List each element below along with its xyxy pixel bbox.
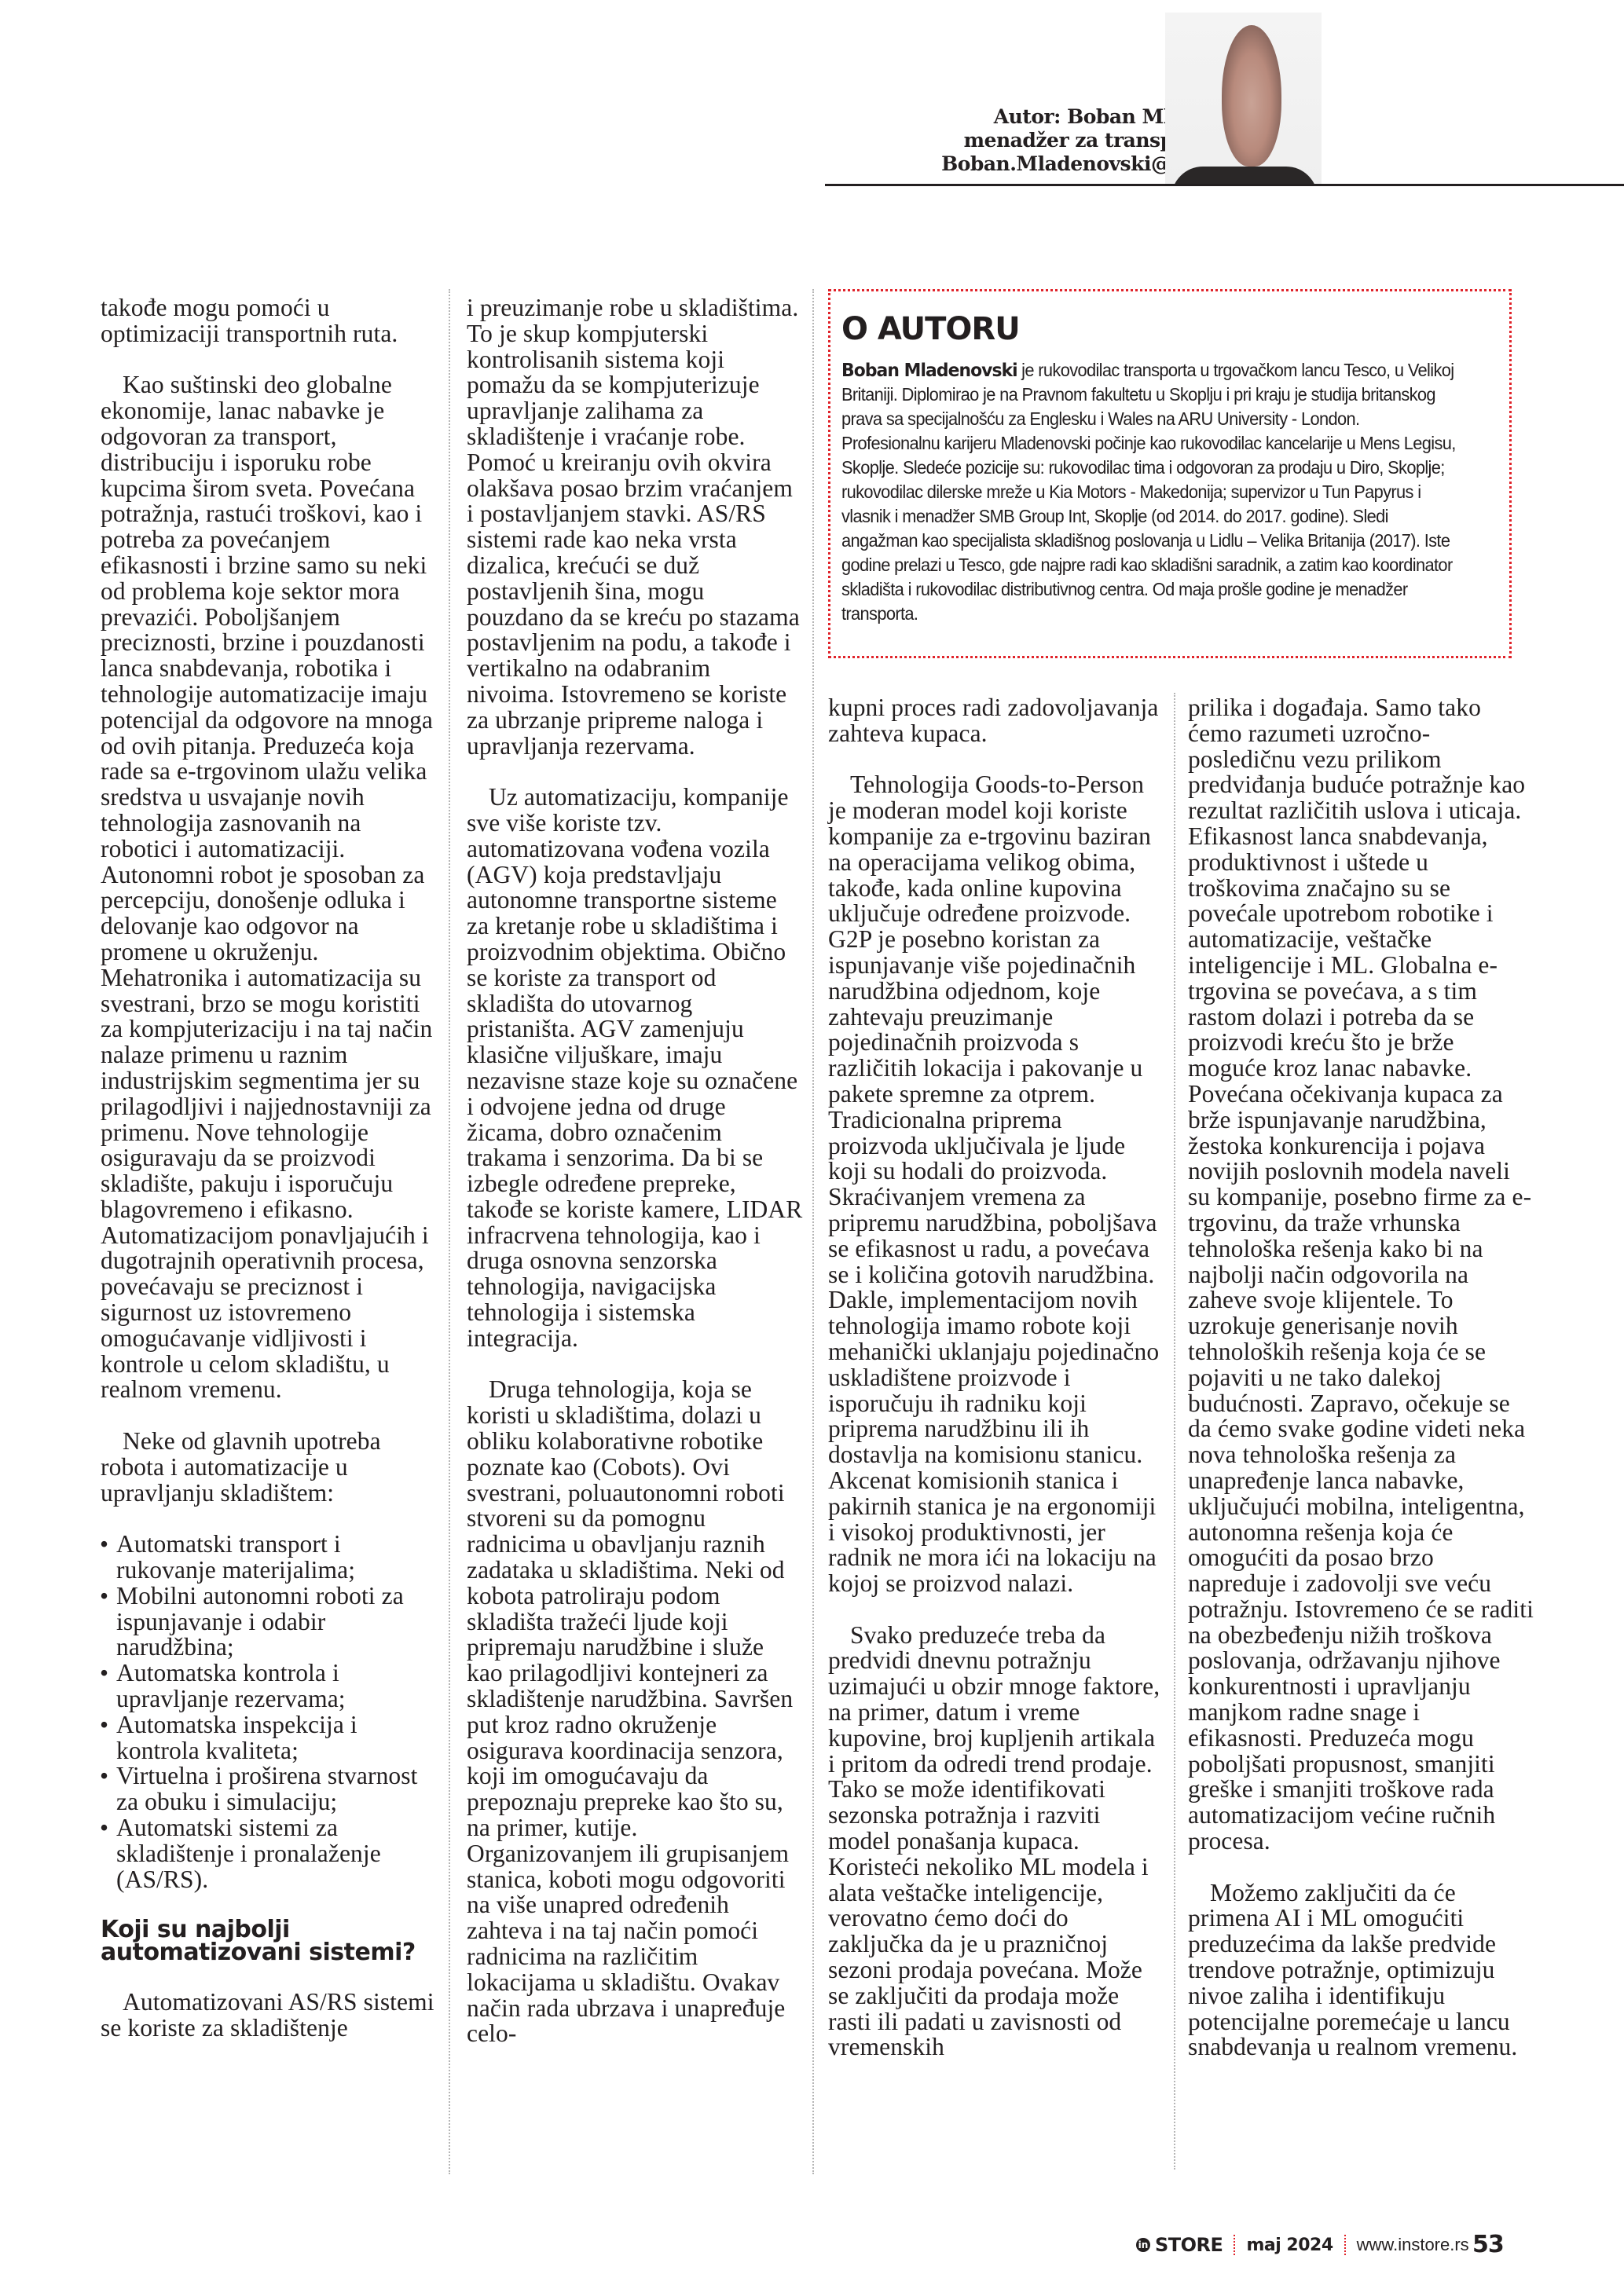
- issue-date: maj 2024: [1246, 2236, 1333, 2255]
- paragraph: takođe mogu pomoći u optimizaciji transp…: [101, 295, 438, 347]
- about-author-text: Boban Mladenovski je rukovodilac transpo…: [841, 358, 1459, 626]
- list-item: Mobilni autonomni roboti za ispunjavanje…: [101, 1584, 438, 1661]
- about-author-box: O AUTORU Boban Mladenovski je rukovodila…: [828, 289, 1512, 658]
- about-author-bio: je rukovodilac transporta u trgovačkom l…: [841, 360, 1456, 624]
- instore-logo-icon: in: [1136, 2238, 1150, 2252]
- page-number: 53: [1472, 2229, 1504, 2261]
- header-rule: [825, 184, 1624, 186]
- article-column-4: prilika i događaja. Samo tako ćemo razum…: [1188, 695, 1534, 2060]
- page-footer: in STORE maj 2024 www.instore.rs: [1136, 2229, 1469, 2261]
- column-separator: [1174, 693, 1175, 2170]
- about-author-title: O AUTORU: [841, 312, 1020, 346]
- magazine-brand: STORE: [1155, 2234, 1223, 2256]
- paragraph: Tehnologija Goods-to-Person je moderan m…: [828, 772, 1166, 1597]
- list-item: Virtuelna i proširena stvarnost za obuku…: [101, 1763, 438, 1815]
- paragraph: Možemo zaključiti da će primena AI i ML …: [1188, 1880, 1534, 2061]
- portrait-shoulders-shape: [1171, 167, 1318, 184]
- list-item: Automatski transport i rukovanje materij…: [101, 1532, 438, 1584]
- paragraph: Uz automatizaciju, kompanije sve više ko…: [467, 785, 805, 1352]
- column-separator: [449, 289, 450, 2174]
- magazine-page: Autor: Boban Mladenovski menadžer za tra…: [0, 0, 1624, 2296]
- portrait-face-shape: [1222, 25, 1281, 167]
- paragraph: i preuzimanje robe u skladištima. To je …: [467, 295, 805, 759]
- about-author-name: Boban Mladenovski: [841, 359, 1017, 381]
- paragraph: kupni proces radi zadovoljavanja zahteva…: [828, 695, 1166, 747]
- paragraph: prilika i događaja. Samo tako ćemo razum…: [1188, 695, 1534, 1855]
- paragraph: Druga tehnologija, koja se koristi u skl…: [467, 1377, 805, 2047]
- section-subheading: Koji su najbolji automatizovani sistemi?: [101, 1918, 438, 1964]
- column-separator: [812, 289, 814, 2174]
- paragraph: Svako preduzeće treba da predvidi dnevnu…: [828, 1623, 1166, 2061]
- list-item: Automatska kontrola i upravljanje rezerv…: [101, 1661, 438, 1712]
- article-column-3: kupni proces radi zadovoljavanja zahteva…: [828, 695, 1166, 2060]
- list-item: Automatska inspekcija i kontrola kvalite…: [101, 1712, 438, 1764]
- paragraph: Kao suštinski deo globalne ekonomije, la…: [101, 372, 438, 1403]
- author-portrait-photo: [1165, 13, 1322, 184]
- bullet-list: Automatski transport i rukovanje materij…: [101, 1532, 438, 1892]
- article-column-1: takođe mogu pomoći u optimizaciji transp…: [101, 295, 438, 2041]
- footer-separator: [1344, 2235, 1346, 2255]
- paragraph: Neke od glavnih upotreba robota i automa…: [101, 1429, 438, 1506]
- list-item: Automatski sistemi za skladištenje i pro…: [101, 1815, 438, 1892]
- article-column-2: i preuzimanje robe u skladištima. To je …: [467, 295, 805, 2047]
- footer-separator: [1234, 2235, 1235, 2255]
- website-link[interactable]: www.instore.rs: [1357, 2235, 1469, 2255]
- paragraph: Automatizovani AS/RS sistemi se koriste …: [101, 1990, 438, 2041]
